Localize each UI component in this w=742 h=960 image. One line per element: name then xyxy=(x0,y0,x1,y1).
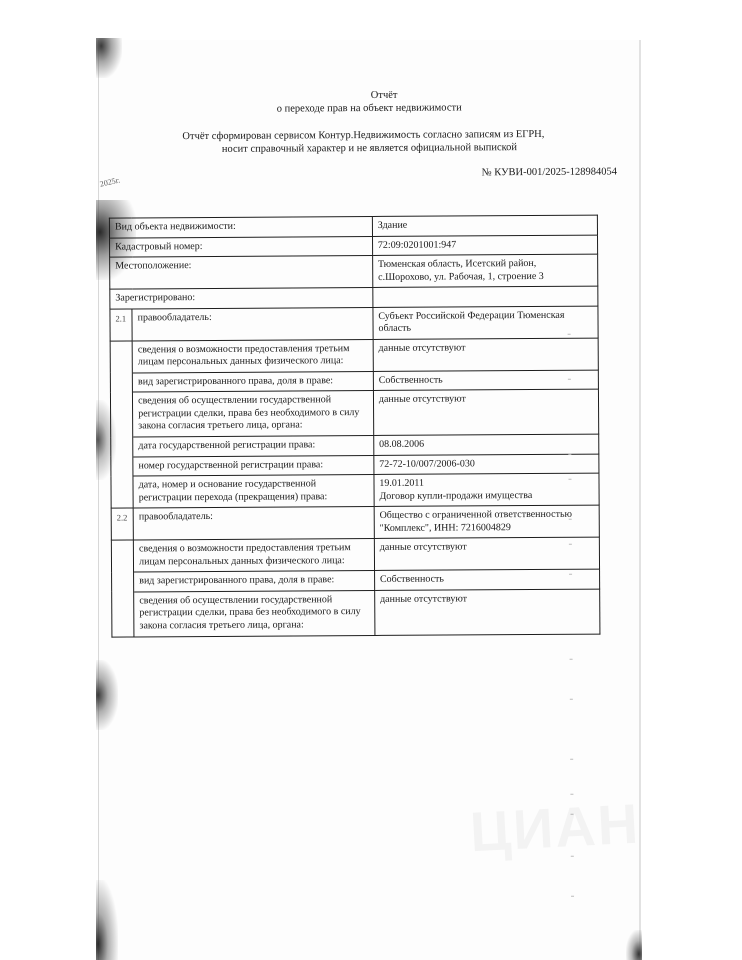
holder-index: 2.1 xyxy=(110,308,132,340)
document-disclaimer: Отчёт сформирован сервисом Контур.Недвиж… xyxy=(0,127,740,158)
row-label: сведения о возможности предоставления тр… xyxy=(132,339,373,372)
index-cell xyxy=(112,572,134,592)
table-row: сведения о возможности предоставления тр… xyxy=(111,537,599,572)
scan-artifact xyxy=(570,759,573,760)
scan-artifact xyxy=(570,659,573,660)
table-row: дата, номер и основание государственной … xyxy=(111,473,599,508)
table-row: Местоположение: Тюменская область, Исетс… xyxy=(110,254,598,289)
transfer-basis: Договор купли-продажи имущества xyxy=(379,489,593,503)
scan-artifact xyxy=(569,574,572,575)
index-cell xyxy=(110,372,132,392)
scan-artifact xyxy=(569,519,572,520)
row-value: Собственность xyxy=(374,569,599,590)
cadastral-number-label: Кадастровый номер: xyxy=(110,236,373,257)
cadastral-number-value: 72:09:0201001:947 xyxy=(372,235,597,256)
row-label: вид зарегистрированного права, доля в пр… xyxy=(134,570,375,591)
location-value: Тюменская область, Исетский район, с.Шор… xyxy=(372,254,597,287)
holder-index: 2.2 xyxy=(111,508,133,540)
registered-label: Зарегистрировано: xyxy=(110,287,373,308)
index-cell xyxy=(110,392,132,437)
row-value: данные отсутствуют xyxy=(375,589,600,635)
object-type-value: Здание xyxy=(372,215,597,236)
row-value: Субъект Российской Федерации Тюменская о… xyxy=(373,306,598,339)
row-label: дата государственной регистрации права: xyxy=(133,435,374,456)
table-row: сведения об осуществлении государственно… xyxy=(112,589,600,637)
scan-artifact xyxy=(568,379,571,380)
document-title: Отчёт о переходе прав на объект недвижим… xyxy=(0,87,740,118)
row-value: Собственность xyxy=(373,370,598,391)
row-label: номер государственной регистрации права: xyxy=(133,455,374,476)
row-value: данные отсутствуют xyxy=(374,537,599,570)
index-cell xyxy=(111,456,133,476)
scan-artifact xyxy=(571,896,574,897)
table-row: 2.2 правообладатель: Общество с ограниче… xyxy=(111,505,599,540)
object-type-label: Вид объекта недвижимости: xyxy=(109,216,372,237)
index-cell xyxy=(111,540,133,572)
location-label: Местоположение: xyxy=(110,255,373,289)
index-cell xyxy=(111,476,133,508)
row-value: 08.08.2006 xyxy=(374,434,599,455)
scan-artifact xyxy=(568,479,571,480)
row-value: 72-72-10/007/2006-030 xyxy=(374,454,599,475)
row-label: правообладатель: xyxy=(132,307,373,340)
row-label: сведения об осуществлении государственно… xyxy=(134,590,375,636)
row-label: правообладатель: xyxy=(133,506,374,539)
scan-artifact xyxy=(568,454,571,455)
row-value: данные отсутствуют xyxy=(373,389,598,435)
index-cell xyxy=(111,437,133,457)
registry-table: Вид объекта недвижимости: Здание Кадастр… xyxy=(109,215,601,637)
index-cell xyxy=(110,340,132,372)
index-cell xyxy=(112,591,134,636)
table-row: сведения о возможности предоставления тр… xyxy=(110,338,598,373)
document-number: № КУВИ-001/2025-128984054 xyxy=(482,166,617,178)
table-row: сведения об осуществлении государственно… xyxy=(110,389,598,437)
row-label: сведения об осуществлении государственно… xyxy=(133,390,374,436)
scan-artifact xyxy=(570,699,573,700)
row-label: дата, номер и основание государственной … xyxy=(133,474,374,507)
registered-value xyxy=(373,286,598,307)
row-label: сведения о возможности предоставления тр… xyxy=(133,538,374,571)
row-label: вид зарегистрированного права, доля в пр… xyxy=(132,371,373,392)
scan-artifact xyxy=(569,544,572,545)
row-value: 19.01.2011 Договор купли-продажи имущест… xyxy=(374,473,599,506)
row-value: Общество с ограниченной ответственностью… xyxy=(374,505,599,538)
date-fragment: 2025г. xyxy=(99,176,121,189)
row-value: данные отсутствуют xyxy=(373,338,598,371)
show-through-watermark: ЦИАН xyxy=(468,791,641,865)
table-row: 2.1 правообладатель: Субъект Российской … xyxy=(110,306,598,341)
scan-artifact xyxy=(568,334,571,335)
